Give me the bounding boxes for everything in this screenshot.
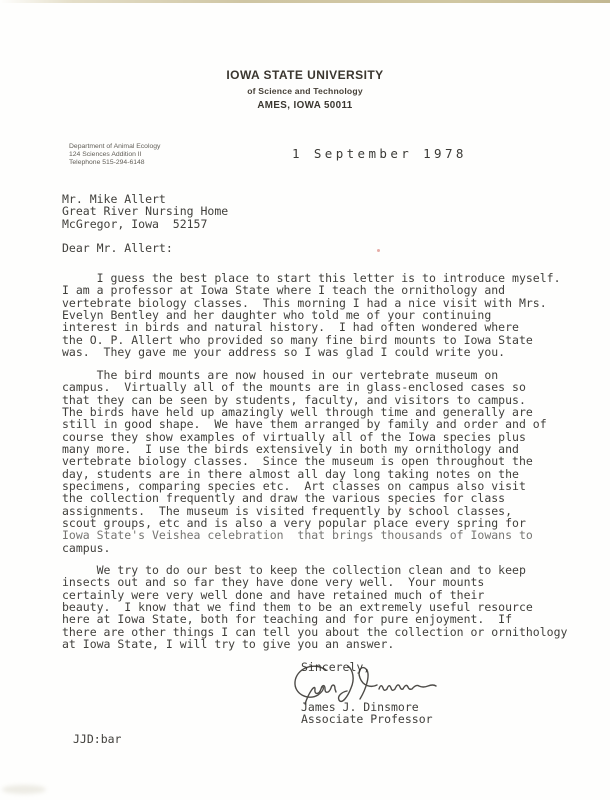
body-paragraph-2-main: The bird mounts are now housed in our ve…	[62, 369, 547, 529]
letterhead-university-name: IOWA STATE UNIVERSITY	[0, 68, 610, 82]
letterhead-subtitle: of Science and Technology	[0, 86, 610, 96]
typed-signature-title: Associate Professor	[301, 713, 433, 725]
letter-date: 1 September 1978	[292, 146, 467, 161]
scan-top-edge-artifact	[0, 0, 610, 3]
body-paragraph-2: The bird mounts are now housed in our ve…	[62, 369, 547, 554]
body-paragraph-2-last-line: campus.	[62, 542, 547, 554]
body-paragraph-1: I guess the best place to start this let…	[62, 272, 561, 358]
salutation: Dear Mr. Allert:	[62, 242, 173, 254]
recipient-address: Mr. Mike Allert Great River Nursing Home…	[62, 193, 228, 230]
letter-page: IOWA STATE UNIVERSITY of Science and Tec…	[0, 0, 610, 800]
body-paragraph-3: We try to do our best to keep the collec…	[62, 564, 567, 650]
scan-smudge-artifact	[2, 785, 46, 794]
letterhead-city-line: AMES, IOWA 50011	[0, 100, 610, 111]
scan-red-speck	[377, 249, 380, 252]
typist-initials: JJD:bar	[73, 733, 121, 745]
letterhead-department-block: Department of Animal Ecology 124 Science…	[69, 143, 160, 167]
body-paragraph-2-faded-line: Iowa State's Veishea celebration that br…	[62, 529, 547, 541]
